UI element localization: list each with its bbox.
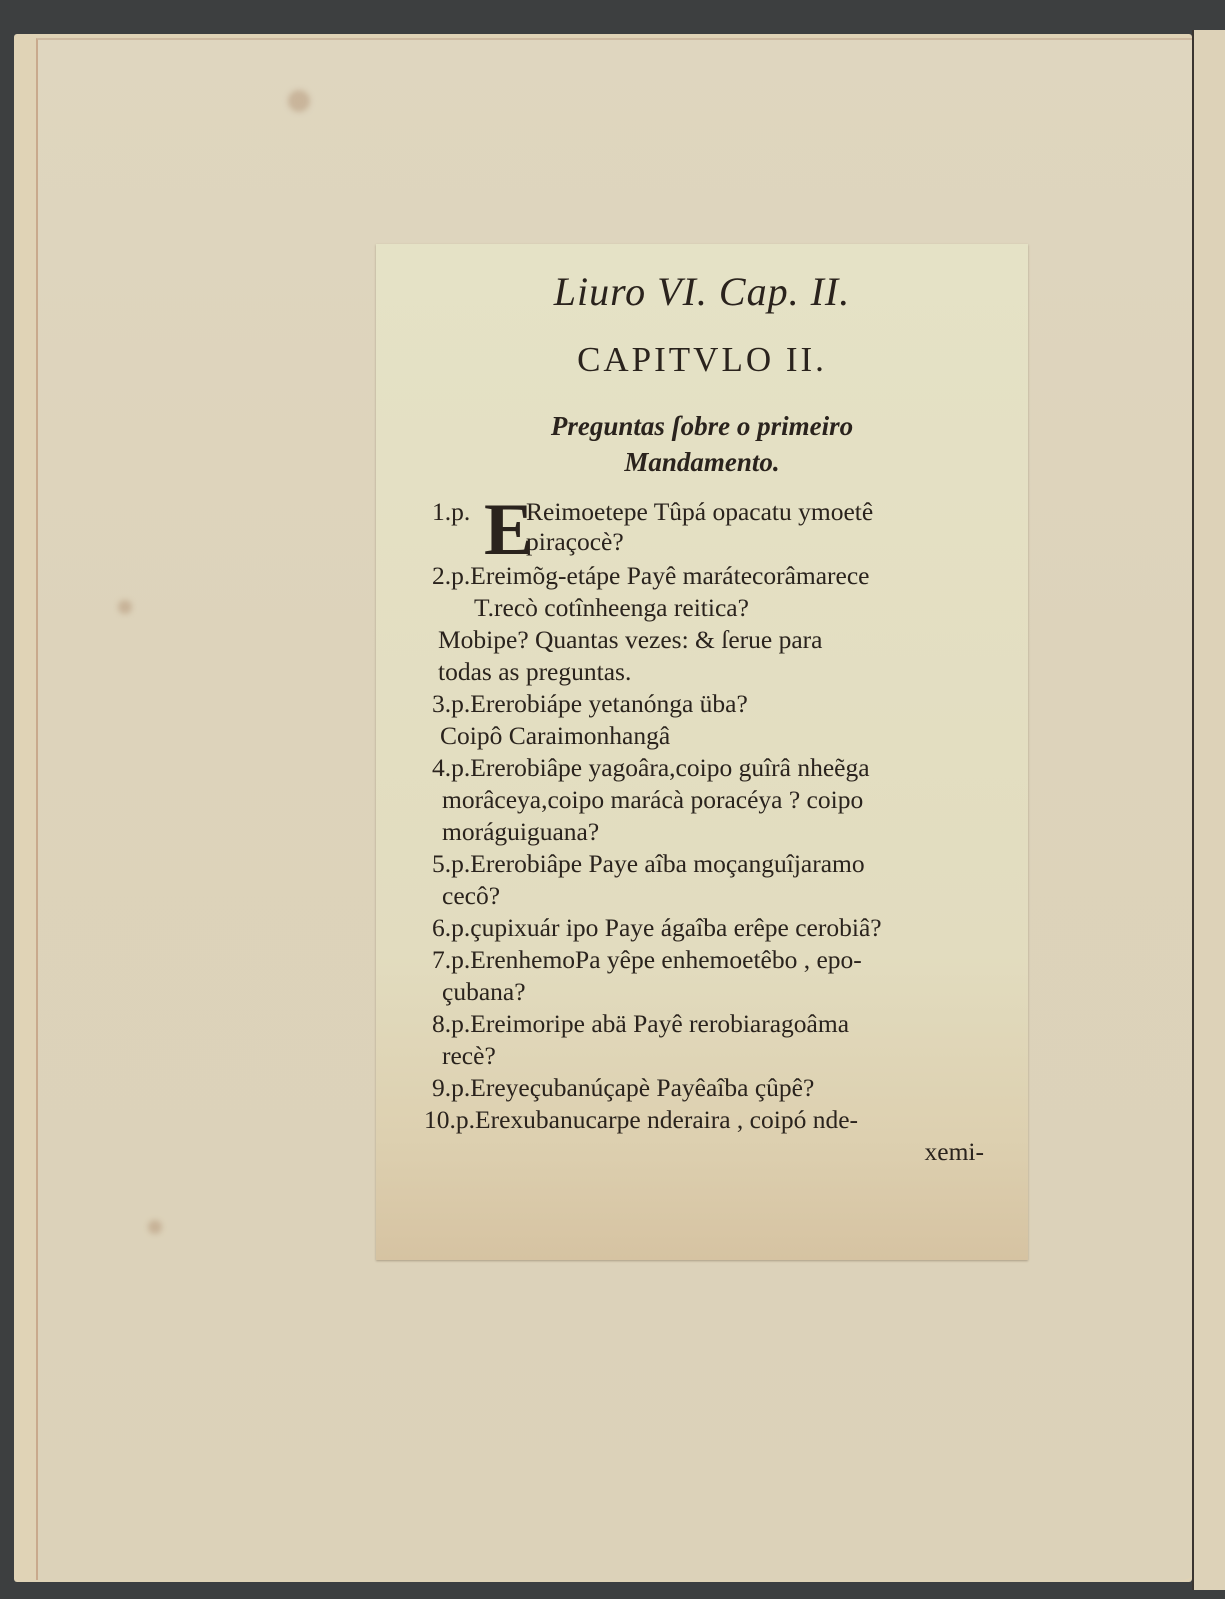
pasted-text-slip: Liuro VI. Cap. II. CAPITVLO II. Pregunta… bbox=[376, 244, 1028, 1260]
question-line: cecô? bbox=[432, 880, 992, 912]
note-line: Mobipe? Quantas vezes: & ſerue para bbox=[436, 624, 992, 656]
question-4: 4.p.Ererobiâpe yagoâra,coipo guîrâ nheẽg… bbox=[432, 752, 992, 848]
question-number: 10.p. bbox=[424, 1105, 475, 1134]
question-line: çupixuár ipo Paye ágaîba erêpe cerobiâ? bbox=[470, 913, 881, 942]
question-number: 8.p. bbox=[432, 1009, 470, 1038]
question-10: 10.p.Erexubanucarpe nderaira , coipó nde… bbox=[424, 1104, 992, 1136]
question-number: 5.p. bbox=[432, 849, 470, 878]
chapter-subtitle: Preguntas ſobre o primeiro Mandamento. bbox=[376, 408, 1028, 480]
question-list: 1.p. E Reimoetepe Tûpá opacatu ymoetê pi… bbox=[432, 496, 992, 1168]
question-5: 5.p.Ererobiâpe Paye aîba moçanguîjaramo … bbox=[432, 848, 992, 912]
question-line: morâceya,coipo marácà poracéya ? coipo bbox=[432, 784, 992, 816]
running-head: Liuro VI. Cap. II. bbox=[376, 268, 1028, 315]
note: Mobipe? Quantas vezes: & ſerue para toda… bbox=[432, 624, 992, 688]
question-8: 8.p.Ereimoripe abä Payê rerobiaragoâma r… bbox=[432, 1008, 992, 1072]
question-line: Ereimoripe abä Payê rerobiaragoâma bbox=[470, 1009, 849, 1038]
foxing-spot bbox=[148, 1220, 162, 1234]
question-line: Erexubanucarpe nderaira , coipó nde- bbox=[475, 1105, 858, 1134]
subtitle-line-1: Preguntas ſobre o primeiro bbox=[376, 408, 1028, 444]
facing-page-edge bbox=[1192, 30, 1225, 1590]
question-1: 1.p. E Reimoetepe Tûpá opacatu ymoetê pi… bbox=[432, 496, 992, 560]
question-2: 2.p.Ereimõg-etápe Payê marátecorâmarece … bbox=[432, 560, 992, 624]
question-line: Ererobiápe yetanónga üba? bbox=[470, 689, 748, 718]
question-7: 7.p.ErenhemoPa yêpe enhemoetêbo , epo- ç… bbox=[432, 944, 992, 1008]
question-line: ErenhemoPa yêpe enhemoetêbo , epo- bbox=[470, 945, 862, 974]
foxing-spot bbox=[118, 600, 132, 614]
chapter-title: CAPITVLO II. bbox=[376, 340, 1028, 380]
catchword: xemi- bbox=[432, 1136, 992, 1168]
question-line: Ererobiâpe Paye aîba moçanguîjaramo bbox=[470, 849, 864, 878]
note-line: todas as preguntas. bbox=[436, 656, 992, 688]
question-3: 3.p.Ererobiápe yetanónga üba? Coipô Cara… bbox=[432, 688, 992, 752]
question-line: Ererobiâpe yagoâra,coipo guîrâ nheẽga bbox=[470, 753, 869, 782]
question-number: 7.p. bbox=[432, 945, 470, 974]
question-6: 6.p.çupixuár ipo Paye ágaîba erêpe cerob… bbox=[432, 912, 992, 944]
question-line: piraçocè? bbox=[432, 526, 624, 558]
question-line: çubana? bbox=[432, 976, 992, 1008]
question-line: T.recò cotînheenga reitica? bbox=[432, 592, 992, 624]
question-line: recè? bbox=[432, 1040, 992, 1072]
question-number: 6.p. bbox=[432, 913, 470, 942]
question-line: Coipô Caraimonhangâ bbox=[432, 720, 992, 752]
question-number: 2.p. bbox=[432, 561, 470, 590]
question-line: moráguiguana? bbox=[432, 816, 992, 848]
question-line: Ereyeçubanúçapè Payêaîba çûpê? bbox=[470, 1073, 814, 1102]
question-line: Reimoetepe Tûpá opacatu ymoetê bbox=[432, 496, 873, 528]
question-9: 9.p.Ereyeçubanúçapè Payêaîba çûpê? bbox=[432, 1072, 992, 1104]
question-line: Ereimõg-etápe Payê marátecorâmarece bbox=[470, 561, 869, 590]
foxing-spot bbox=[288, 90, 310, 112]
subtitle-line-2: Mandamento. bbox=[376, 444, 1028, 480]
question-number: 3.p. bbox=[432, 689, 470, 718]
question-number: 4.p. bbox=[432, 753, 470, 782]
question-number: 9.p. bbox=[432, 1073, 470, 1102]
